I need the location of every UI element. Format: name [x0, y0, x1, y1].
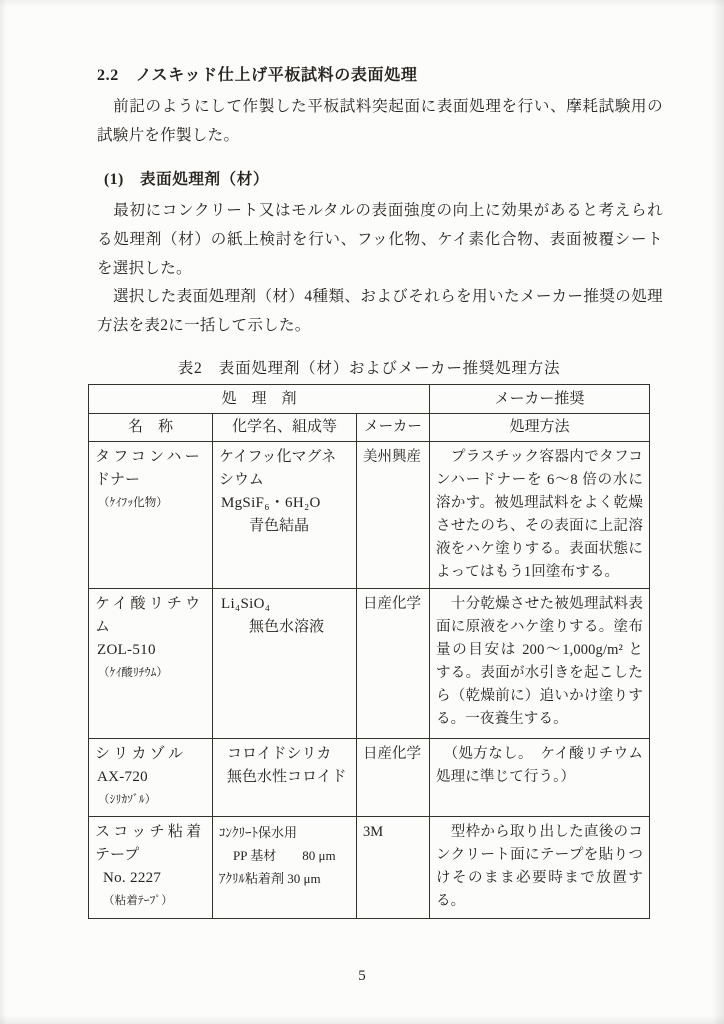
section-heading: 2.2 ノスキッド仕上げ平板試料の表面処理	[97, 62, 657, 85]
scanned-document-page: 2.2 ノスキッド仕上げ平板試料の表面処理 前記のようにして作製した平板試料突起…	[0, 0, 724, 1024]
table-row: タフコンハー ドナー （ｹｲﾌｯ化物） ケイフッ化マグネ シウム MgSiF₆・…	[89, 441, 649, 588]
header-maker: メーカー	[356, 414, 429, 441]
table-header-row: 名 称 化学名、組成等 メーカー 処理方法	[89, 413, 649, 441]
cell-name: タフコンハー ドナー （ｹｲﾌｯ化物）	[89, 442, 212, 588]
chem-line: 無色水性コロイド	[219, 766, 350, 789]
name-line: テープ	[95, 844, 206, 867]
product-code: No. 2227	[95, 867, 206, 890]
chem-line: ｺﾝｸﾘｰﾄ保水用	[219, 821, 350, 844]
name-line: ドナー	[95, 469, 206, 492]
name-annotation: （ｹｲ酸ﾘﾁｳﾑ）	[95, 662, 206, 685]
chem-line: 無色水溶液	[219, 616, 350, 639]
cell-chemical: ｺﾝｸﾘｰﾄ保水用 PP 基材 80 μm ｱｸﾘﾙ粘着剤 30 μm	[212, 817, 356, 918]
header-chemical: 化学名、組成等	[212, 414, 356, 441]
cell-chemical: ケイフッ化マグネ シウム MgSiF₆・6H₂O 青色結晶	[212, 442, 356, 588]
table-header-group-row: 処 理 剤 メーカー推奨	[89, 385, 649, 413]
header-method: 処理方法	[429, 414, 649, 441]
cell-name: ケイ酸リチウ ム ZOL-510 （ｹｲ酸ﾘﾁｳﾑ）	[89, 589, 212, 738]
cell-chemical: Li₄SiO₄ 無色水溶液	[212, 589, 356, 738]
chem-line: ケイフッ化マグネ	[219, 446, 350, 469]
cell-name: スコッチ粘着 テープ No. 2227 （粘着ﾃｰﾌﾟ）	[89, 817, 212, 918]
name-line: タフコンハー	[95, 446, 206, 469]
cell-chemical: コロイドシリカ 無色水性コロイド	[212, 739, 356, 816]
table-row: ケイ酸リチウ ム ZOL-510 （ｹｲ酸ﾘﾁｳﾑ） Li₄SiO₄ 無色水溶液…	[89, 588, 649, 738]
header-group-agent: 処 理 剤	[89, 385, 429, 413]
name-line: ケイ酸リチウ	[95, 593, 206, 616]
subsection-heading: (1) 表面処理剤（材）	[104, 167, 269, 189]
cell-name: シリカゾル AX-720 （ｼﾘｶｿﾞﾙ）	[89, 739, 212, 816]
chem-line: シウム	[219, 469, 350, 492]
chemical-formula: MgSiF₆・6H₂O	[219, 492, 350, 515]
table-row: スコッチ粘着 テープ No. 2227 （粘着ﾃｰﾌﾟ） ｺﾝｸﾘｰﾄ保水用 P…	[89, 816, 649, 918]
page-number: 5	[0, 968, 724, 985]
cell-method: プラスチック容器内でタフコンハードナーを 6〜8 倍の水に溶かす。被処理試料をよ…	[429, 442, 649, 588]
table-row: シリカゾル AX-720 （ｼﾘｶｿﾞﾙ） コロイドシリカ 無色水性コロイド 日…	[89, 738, 649, 816]
chem-line: 青色結晶	[219, 515, 350, 538]
cell-method: 型枠から取り出した直後のコンクリート面にテープを貼りつけそのまま必要時まで放置す…	[429, 817, 649, 918]
cell-maker: 日産化学	[356, 589, 429, 738]
chemical-formula: Li₄SiO₄	[219, 593, 350, 616]
chem-line: コロイドシリカ	[219, 743, 350, 766]
name-annotation: （粘着ﾃｰﾌﾟ）	[95, 890, 206, 913]
treatment-agents-table: 処 理 剤 メーカー推奨 名 称 化学名、組成等 メーカー 処理方法 タフコンハ…	[88, 384, 650, 919]
cell-maker: 美州興産	[356, 442, 429, 588]
name-annotation: （ｹｲﾌｯ化物）	[95, 492, 206, 515]
name-line: ム	[95, 616, 206, 639]
paragraph-intro: 前記のようにして作製した平板試料突起面に表面処理を行い、摩耗試験用の試験片を作製…	[97, 92, 663, 150]
paragraph-selection: 最初にコンクリート又はモルタルの表面強度の向上に効果があると考えられる処理剤（材…	[97, 196, 663, 283]
name-line: シリカゾル	[95, 743, 206, 766]
product-code: ZOL-510	[95, 639, 206, 662]
chem-line: PP 基材 80 μm	[219, 844, 350, 867]
header-group-maker-recommendation: メーカー推奨	[429, 385, 649, 413]
name-line: スコッチ粘着	[95, 821, 206, 844]
table-caption: 表2 表面処理剤（材）およびメーカー推奨処理方法	[88, 356, 650, 378]
product-code: AX-720	[95, 766, 206, 789]
chem-line: ｱｸﾘﾙ粘着剤 30 μm	[219, 867, 350, 890]
cell-maker: 日産化学	[356, 739, 429, 816]
cell-method: （処方なし。 ケイ酸リチウム処理に準じて行う。）	[429, 739, 649, 816]
paragraph-table-ref: 選択した表面処理剤（材）4種類、およびそれらを用いたメーカー推奨の処理方法を表2…	[97, 282, 663, 340]
header-name: 名 称	[89, 414, 212, 441]
name-annotation: （ｼﾘｶｿﾞﾙ）	[95, 789, 206, 812]
cell-maker: 3M	[356, 817, 429, 918]
cell-method: 十分乾燥させた被処理試料表面に原液をハケ塗りする。塗布量の目安は 200〜1,0…	[429, 589, 649, 738]
